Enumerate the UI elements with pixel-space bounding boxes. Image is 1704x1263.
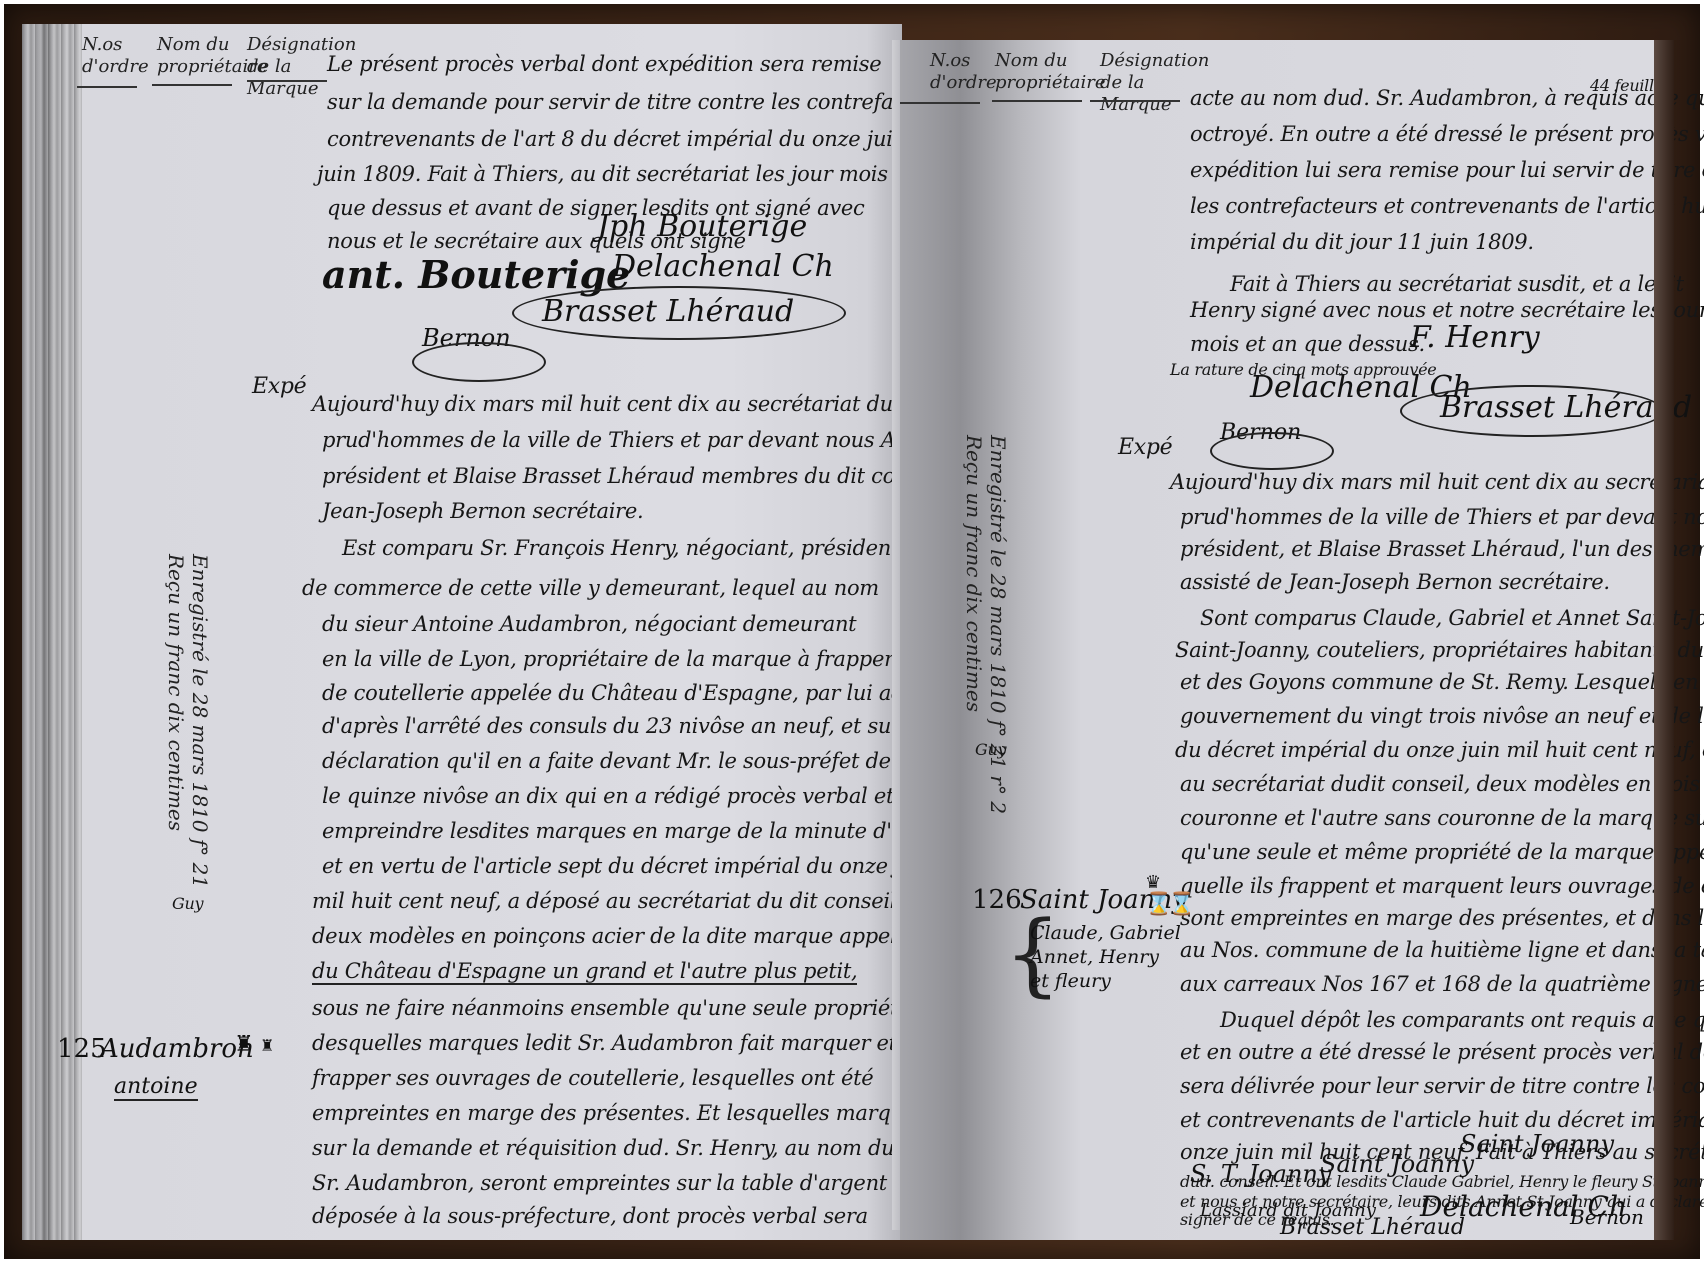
signature-saint-joanny-2: Saint Joanny — [1460, 1130, 1614, 1158]
entry-surname: Audambron — [100, 1034, 254, 1064]
column-rule — [152, 84, 232, 86]
column-rule — [247, 80, 327, 82]
expedition-mark: Expé — [1118, 435, 1172, 460]
entry-first-name: antoine — [114, 1074, 198, 1101]
castle-mark-icon: ♜ — [260, 1036, 274, 1055]
signature-delachenal: Delachenal Ch — [612, 249, 834, 284]
column-rule — [900, 102, 980, 104]
castle-mark-icon: ♜ — [234, 1032, 254, 1057]
entry-first-names: Claude, Gabriel — [1030, 922, 1181, 944]
column-rule — [77, 86, 137, 88]
column-rule — [992, 100, 1082, 102]
right-page: N.os d'ordre Nom du propriétaire Désigna… — [900, 40, 1654, 1240]
signature-saint-joanny: Saint Joanny — [1320, 1150, 1474, 1178]
column-header-mark: Désignation de la Marque — [1100, 50, 1190, 116]
margin-initials: Guy — [172, 894, 203, 913]
signature-brasset-lheraud: Brasset Lhéraud — [1280, 1215, 1465, 1240]
entry-first-names: Annet, Henry — [1030, 946, 1159, 968]
column-header-owner: Nom du propriétaire — [995, 50, 1095, 94]
entry-first-names: et fleury — [1030, 970, 1111, 992]
signature-jph-bouterige: Jph Bouterige — [597, 209, 807, 244]
signature-flourish — [412, 342, 546, 382]
signature-f-henry: F. Henry — [1410, 320, 1540, 355]
column-header-number: N.os d'ordre — [930, 50, 990, 94]
signature-bernon: Bernon — [1570, 1205, 1644, 1229]
signature-flourish — [1210, 432, 1334, 470]
right-edge-shadow — [1654, 40, 1674, 1240]
signature-flourish — [512, 286, 846, 340]
column-header-owner: Nom du propriétaire — [157, 34, 257, 78]
margin-initials: Guy — [975, 740, 1006, 759]
hourglass-mark-icon: ⌛ — [1168, 892, 1195, 917]
signature-s-t-joanny: S. T. Joanny — [1190, 1160, 1331, 1188]
crowned-mark-icon: ♛ — [1145, 872, 1161, 893]
signature-flourish — [1400, 385, 1664, 437]
column-header-number: N.os d'ordre — [82, 34, 142, 78]
expedition-mark: Expé — [252, 374, 306, 399]
column-rule — [1090, 100, 1180, 102]
left-page: N.os d'ordre Nom du propriétaire Désigna… — [22, 24, 902, 1240]
underlined-mark-name: du Château d'Espagne un grand et l'autre… — [312, 959, 857, 985]
registration-margin-note: Enregistré le 28 mars 1810 f° 21 Reçu un… — [164, 554, 212, 888]
